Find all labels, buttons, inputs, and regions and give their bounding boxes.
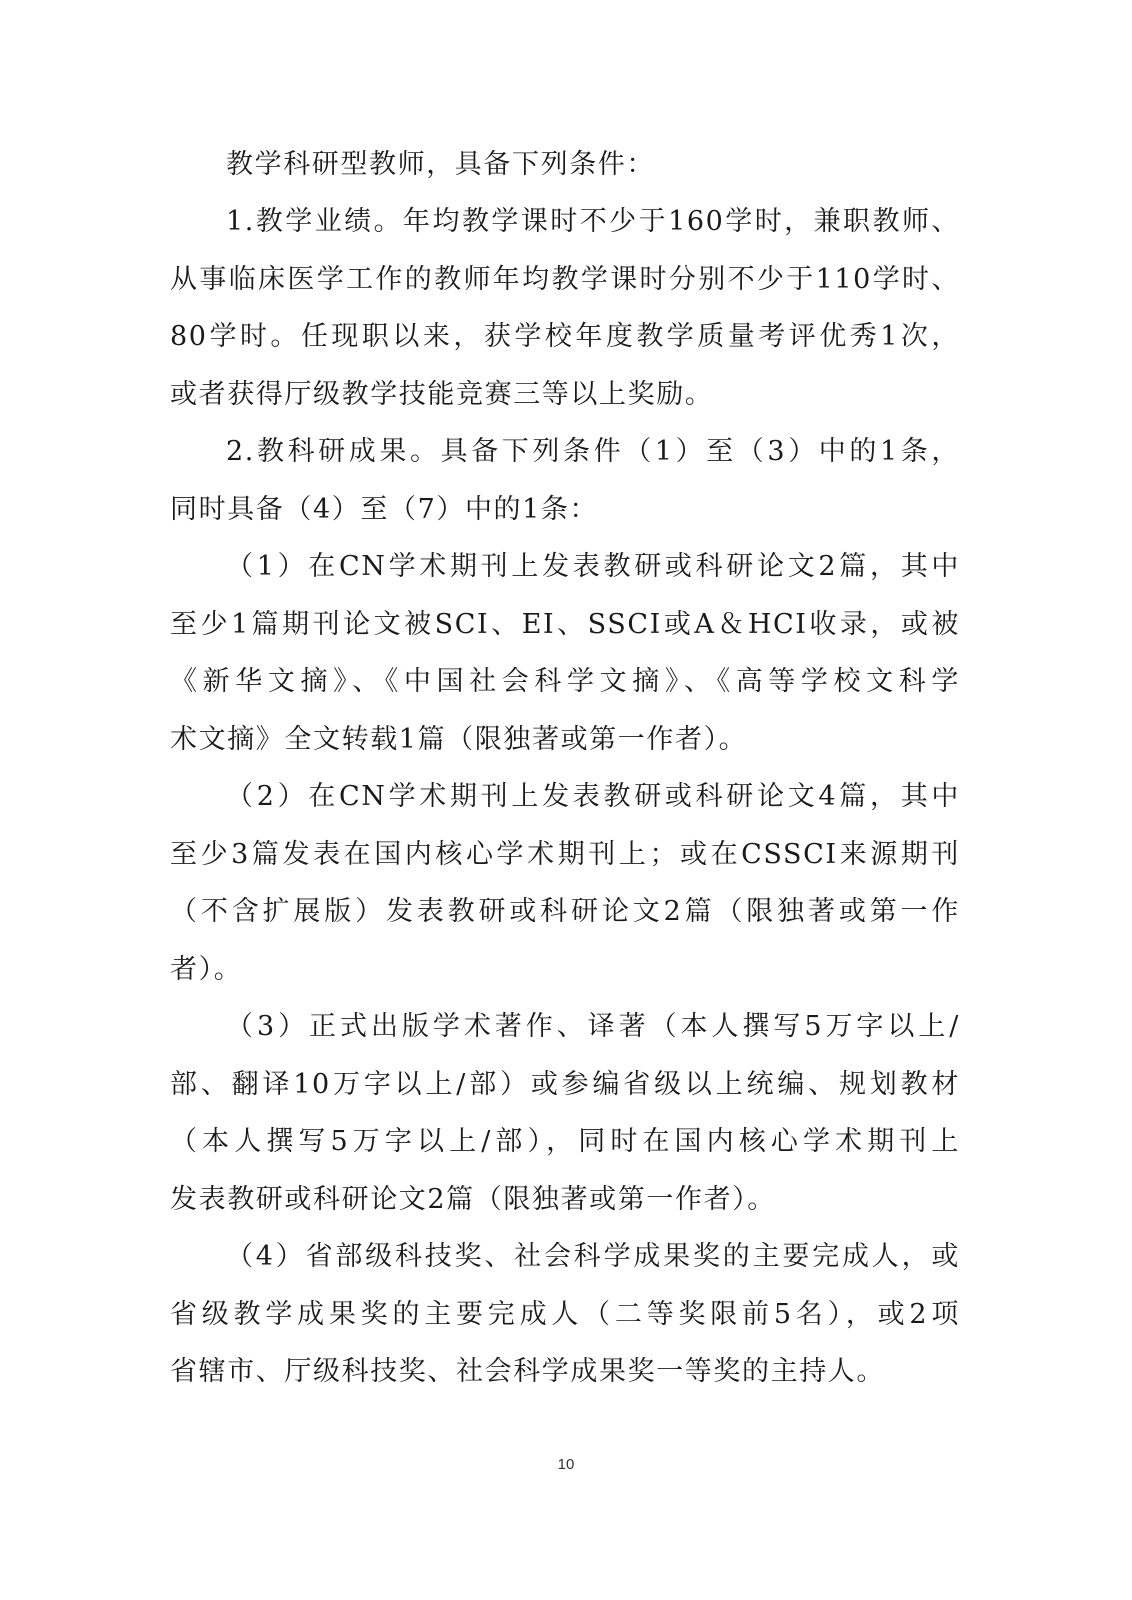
condition-1-line-4: 术文摘》全文转载1篇（限独著或第一作者）。 xyxy=(170,718,960,762)
condition-3-line-3: （本人撰写5万字以上/部），同时在国内核心学术期刊上 xyxy=(170,1120,960,1164)
paragraph-teaching-performance-line-3: 80学时。任现职以来，获学校年度教学质量考评优秀1次， xyxy=(170,315,960,359)
condition-2-line-1: （2）在CN学术期刊上发表教研或科研论文4篇，其中 xyxy=(226,775,960,819)
condition-2-line-4: 者）。 xyxy=(170,948,960,992)
document-page: 教学科研型教师，具备下列条件： 1.教学业绩。年均教学课时不少于160学时，兼职… xyxy=(0,0,1132,1600)
paragraph-intro: 教学科研型教师，具备下列条件： xyxy=(226,143,960,187)
paragraph-research-results-line-2: 同时具备（4）至（7）中的1条： xyxy=(170,488,960,532)
paragraph-teaching-performance-line-2: 从事临床医学工作的教师年均教学课时分别不少于110学时、 xyxy=(170,258,960,302)
condition-2-line-3: （不含扩展版）发表教研或科研论文2篇（限独著或第一作 xyxy=(170,890,960,934)
condition-1-line-1: （1）在CN学术期刊上发表教研或科研论文2篇，其中 xyxy=(226,545,960,589)
condition-1-line-2: 至少1篇期刊论文被SCI、EI、SSCI或A＆HCI收录，或被 xyxy=(170,603,960,647)
paragraph-teaching-performance-line-4: 或者获得厅级教学技能竞赛三等以上奖励。 xyxy=(170,373,960,417)
condition-4-line-3: 省辖市、厅级科技奖、社会科学成果奖一等奖的主持人。 xyxy=(170,1350,960,1394)
condition-3-line-1: （3）正式出版学术著作、译著（本人撰写5万字以上/ xyxy=(226,1005,960,1049)
condition-4-line-1: （4）省部级科技奖、社会科学成果奖的主要完成人，或 xyxy=(226,1235,960,1279)
condition-3-line-2: 部、翻译10万字以上/部）或参编省级以上统编、规划教材 xyxy=(170,1063,960,1107)
paragraph-research-results-line-1: 2.教科研成果。具备下列条件（1）至（3）中的1条， xyxy=(226,430,960,474)
page-number: 10 xyxy=(0,1456,1132,1473)
condition-4-line-2: 省级教学成果奖的主要完成人（二等奖限前5名），或2项 xyxy=(170,1293,960,1337)
condition-2-line-2: 至少3篇发表在国内核心学术期刊上；或在CSSCI来源期刊 xyxy=(170,833,960,877)
paragraph-teaching-performance-line-1: 1.教学业绩。年均教学课时不少于160学时，兼职教师、 xyxy=(226,200,960,244)
condition-1-line-3: 《新华文摘》、《中国社会科学文摘》、《高等学校文科学 xyxy=(170,660,960,704)
condition-3-line-4: 发表教研或科研论文2篇（限独著或第一作者）。 xyxy=(170,1178,960,1222)
